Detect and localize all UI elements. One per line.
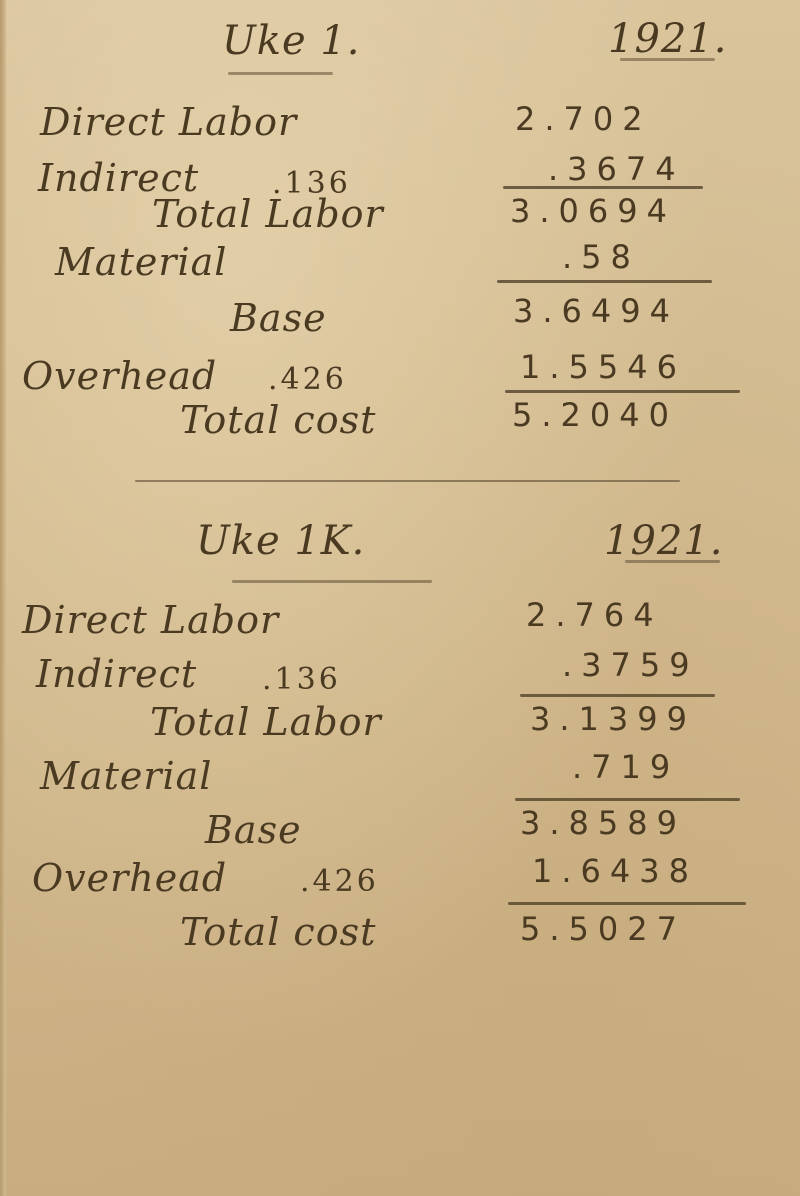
row-label-overhead: Overhead [22,354,217,398]
row-label-overhead: Overhead [32,856,227,900]
row-value-total-cost: 5.5027 [520,910,686,948]
row-value-material: .719 [572,748,679,786]
row-value-total-labor: 3.1399 [530,700,696,738]
row-label-total-cost: Total cost [180,910,376,954]
row-value-overhead: 1.6438 [532,852,698,890]
row-value-indirect: .3759 [562,646,699,684]
row-value-base: 3.8589 [520,804,686,842]
row-value-material: .58 [562,238,640,276]
section-title: Uke 1K. [196,518,365,564]
sum-rule [515,798,740,801]
row-value-direct-labor: 2.702 [515,100,652,138]
row-label-direct-labor: Direct Labor [22,598,279,642]
sum-rule [505,390,740,393]
section-divider [135,480,680,482]
title-underline [228,72,333,75]
sum-rule [520,694,715,697]
year-underline [620,58,715,61]
row-label-total-labor: Total Labor [150,700,382,744]
row-label-base: Base [230,296,327,340]
handwritten-page: Uke 1. 1921. Direct Labor 2.702 Indirect… [0,0,800,1196]
sum-rule [508,902,746,905]
row-label-material: Material [40,754,212,798]
page-edge [0,0,6,1196]
row-value-base: 3.6494 [513,292,679,330]
section-year: 1921. [604,518,724,564]
section-year: 1921. [608,16,728,62]
row-rate-overhead: .426 [300,864,379,899]
row-rate-overhead: .426 [268,362,347,397]
row-rate-indirect: .136 [262,662,341,697]
row-label-material: Material [55,240,227,284]
row-label-indirect: Indirect [36,652,197,696]
year-underline [625,560,720,563]
row-value-direct-labor: 2.764 [526,596,663,634]
row-label-direct-labor: Direct Labor [40,100,297,144]
row-value-total-cost: 5.2040 [512,396,678,434]
row-value-total-labor: 3.0694 [510,192,676,230]
row-label-total-cost: Total cost [180,398,376,442]
sum-rule [503,186,703,189]
row-value-overhead: 1.5546 [520,348,686,386]
title-underline [232,580,432,583]
row-label-total-labor: Total Labor [152,192,384,236]
section-title: Uke 1. [222,18,361,64]
row-label-base: Base [205,808,302,852]
sum-rule [497,280,712,283]
row-value-indirect: .3674 [548,150,685,188]
